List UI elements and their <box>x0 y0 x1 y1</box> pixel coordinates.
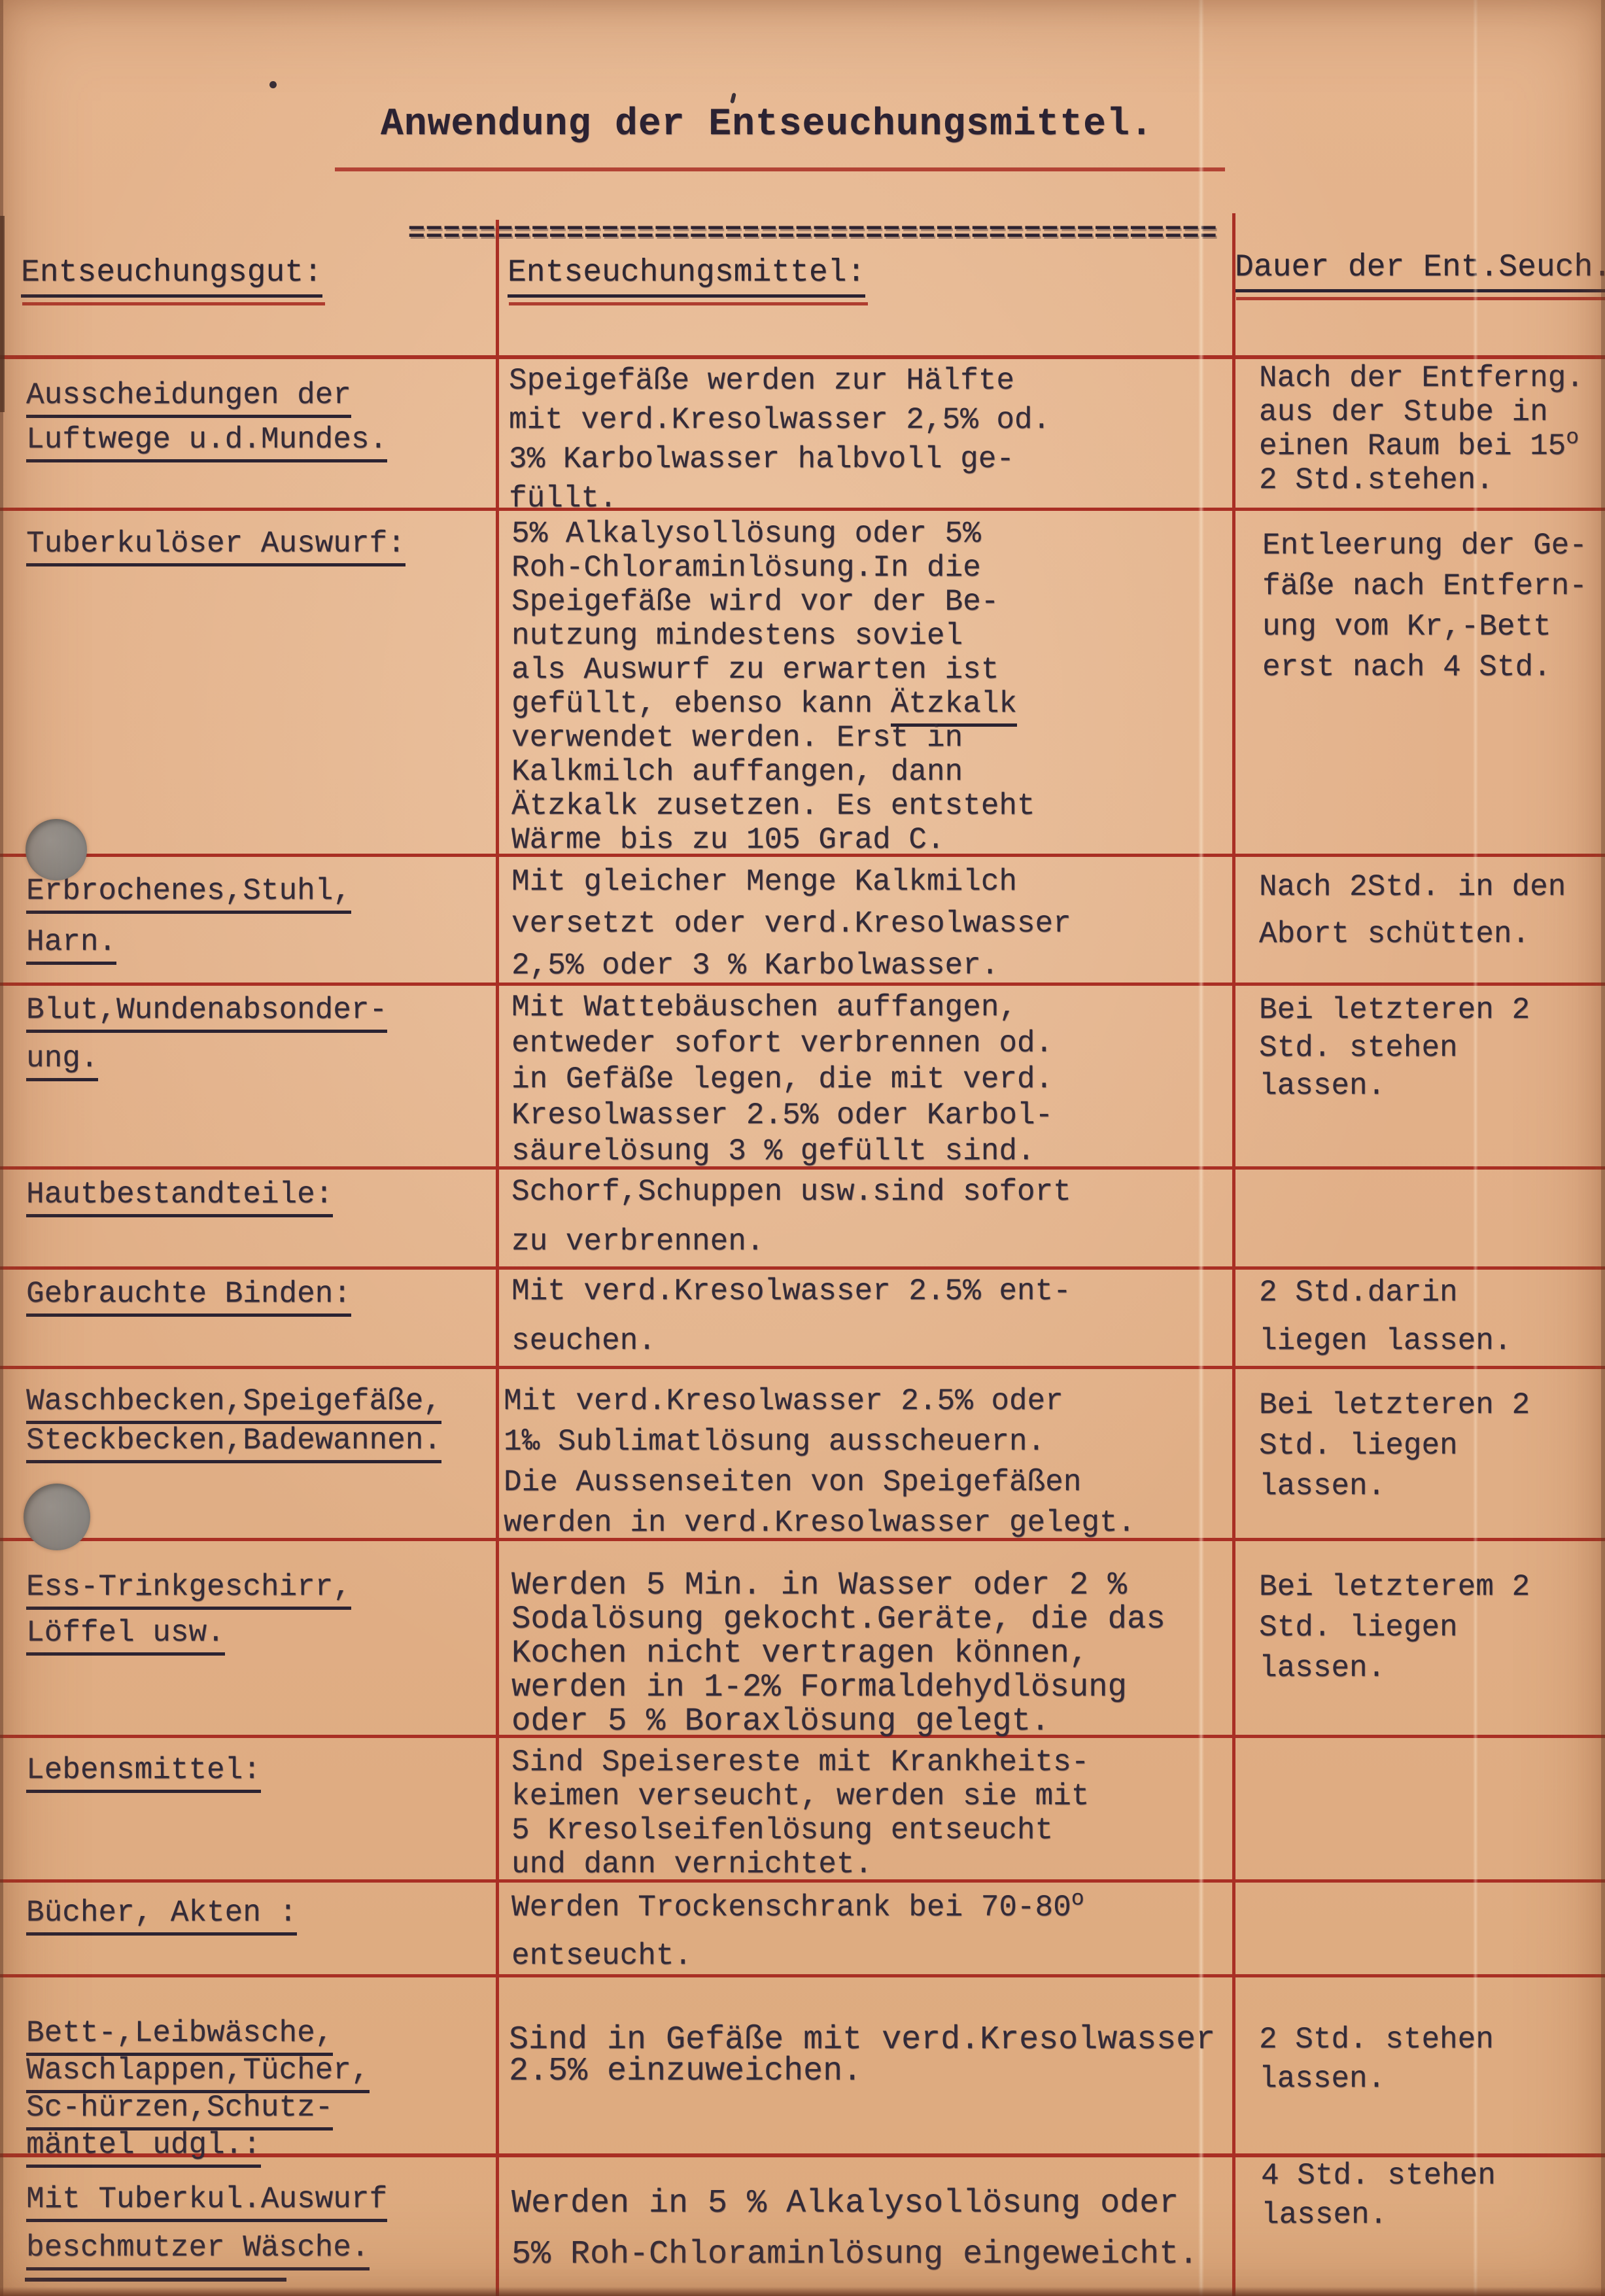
cell-gut-row4: Blut,Wundenabsonder-ung. <box>26 993 387 1090</box>
cell-dauer-row11: 2 Std. stehenlassen. <box>1259 2023 1494 2101</box>
column-header-entseuchungsmittel: Entseuchungsmittel: <box>508 255 865 298</box>
punch-hole-bottom <box>24 1484 90 1550</box>
cell-mittel-row2: 5% Alkalysollösung oder 5%Roh-Chloraminl… <box>511 517 1035 857</box>
cell-gut-row10: Bücher, Akten : <box>26 1896 297 1941</box>
cell-dauer-row7: Bei letzteren 2Std. liegenlassen. <box>1259 1388 1530 1510</box>
cell-mittel-row12: Werden in 5 % Alkalysollösung oder5% Roh… <box>511 2185 1198 2287</box>
cell-gut-row5: Hautbestandteile: <box>26 1177 333 1223</box>
cell-mittel-row3: Mit gleicher Menge Kalkmilchversetzt ode… <box>511 865 1071 990</box>
vertical-rule-2 <box>1232 213 1235 2296</box>
cell-mittel-row4: Mit Wattebäuschen auffangen,entweder sof… <box>511 990 1053 1170</box>
punch-hole-top <box>26 819 87 880</box>
cell-dauer-row1: Nach der Entferng.aus der Stube ineinen … <box>1259 361 1584 497</box>
vertical-rule-1 <box>496 220 499 2296</box>
title-underline: ========================================… <box>337 152 1217 186</box>
document-page: Anwendung der Entseuchungsmittel. ======… <box>0 0 1605 2296</box>
double-underline <box>25 2278 286 2282</box>
cell-mittel-row7: Mit verd.Kresolwasser 2.5% oder1‰ Sublim… <box>504 1384 1135 1546</box>
column-header-dauer: Dauer der Ent.Seuch. <box>1235 250 1605 292</box>
paper-crease-left <box>1198 0 1204 2296</box>
cell-mittel-row1: Speigefäße werden zur Hälftemit verd.Kre… <box>509 364 1050 521</box>
scan-edge-right <box>1601 0 1605 2296</box>
cell-gut-row7: Waschbecken,Speigefäße,Steckbecken,Badew… <box>26 1384 441 1463</box>
cell-mittel-row10: Werden Trockenschrank bei 70-80oentseuch… <box>511 1890 1084 1987</box>
cell-gut-row12: Mit Tuberkul.Auswurfbeschmutzer Wäsche. <box>26 2182 387 2279</box>
cell-gut-row3: Erbrochenes,Stuhl,Harn. <box>26 874 351 976</box>
scan-edge-bottom <box>0 2287 1605 2296</box>
cell-gut-row2: Tuberkulöser Auswurf: <box>26 527 406 572</box>
scan-edge-mark <box>0 216 5 412</box>
title-underline-equals: ========================================… <box>408 217 1218 250</box>
cell-gut-row11: Bett-,Leibwäsche,Waschlappen,Tücher,Sc-h… <box>26 2016 370 2165</box>
cell-gut-row6: Gebrauchte Binden: <box>26 1277 351 1323</box>
cell-gut-row1: Ausscheidungen derLuftwege u.d.Mundes. <box>26 378 387 467</box>
cell-mittel-row11: Sind in Gefäße mit verd.Kresolwasser2.5%… <box>509 2021 1215 2084</box>
cell-mittel-row5: Schorf,Schuppen usw.sind sofortzu verbre… <box>511 1175 1071 1274</box>
column-header-entseuchungsgut: Entseuchungsgut: <box>21 255 322 298</box>
cell-mittel-row8: Werden 5 Min. in Wasser oder 2 %Sodalösu… <box>511 1567 1165 1737</box>
cell-dauer-row12: 4 Std. stehenlassen. <box>1261 2159 1496 2237</box>
scan-edge-left <box>0 0 3 2296</box>
cell-mittel-row9: Sind Speisereste mit Krankheits-keimen v… <box>511 1745 1089 1881</box>
cell-gut-row8: Ess-Trinkgeschirr,Löffel usw. <box>26 1570 351 1661</box>
ink-speck-small <box>730 93 736 104</box>
horizontal-rule <box>0 355 1605 359</box>
document-title: Anwendung der Entseuchungsmittel. <box>381 103 1154 146</box>
cell-dauer-row6: 2 Std.darinliegen lassen. <box>1259 1276 1511 1372</box>
cell-dauer-row8: Bei letzterem 2Std. liegenlassen. <box>1259 1570 1530 1692</box>
cell-mittel-row6: Mit verd.Kresolwasser 2.5% ent-seuchen. <box>511 1274 1071 1374</box>
cell-dauer-row3: Nach 2Std. in denAbort schütten. <box>1259 870 1566 964</box>
cell-dauer-row4: Bei letzteren 2Std. stehenlassen. <box>1259 993 1530 1107</box>
paper-crease-right <box>1473 0 1478 2296</box>
title-underline-red-rule <box>335 167 1225 171</box>
cell-dauer-row2: Entleerung der Ge-fäße nach Entfern-ung … <box>1262 529 1587 691</box>
ink-speck <box>269 81 277 88</box>
cell-gut-row9: Lebensmittel: <box>26 1753 261 1799</box>
